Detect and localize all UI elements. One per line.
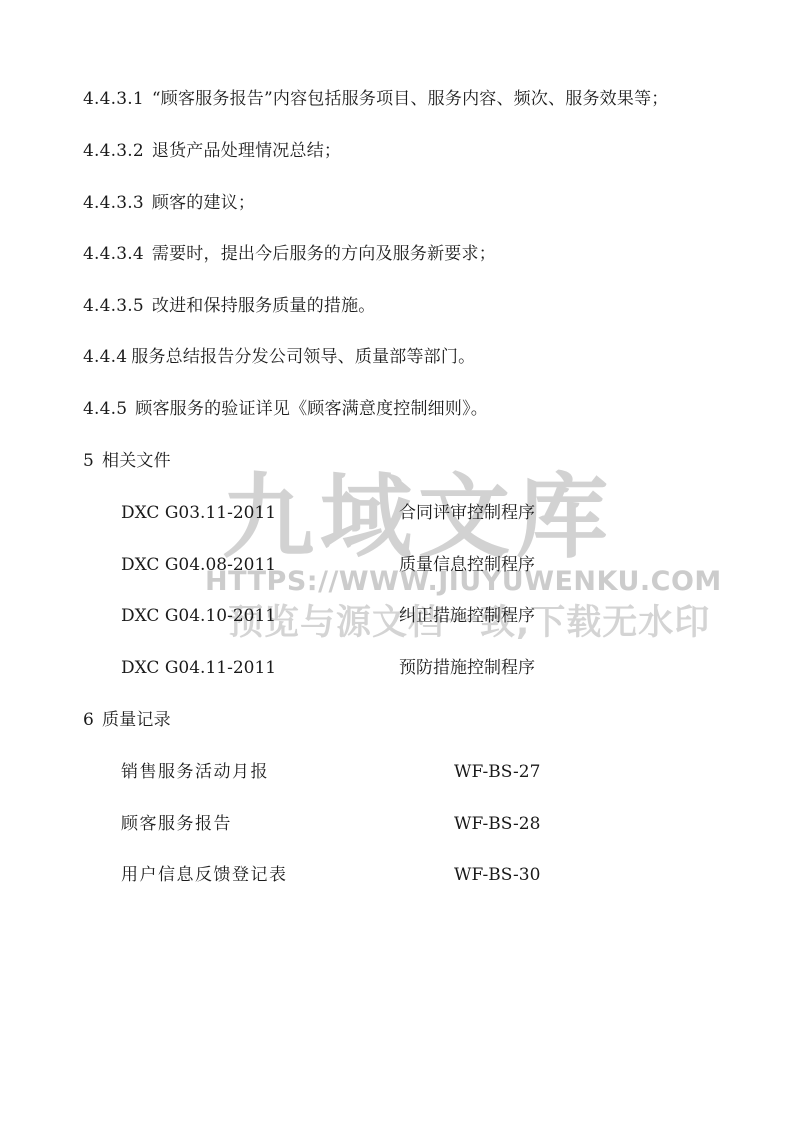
record-title: 顾客服务报告 xyxy=(121,813,232,835)
clause-text: “顾客服务报告”内容包括服务项目、服务内容、频次、服务效果等； xyxy=(152,89,669,109)
paragraph-4-4-3-2: 4.4.3.2退货产品处理情况总结； xyxy=(83,140,341,162)
clause-text: 服务总结报告分发公司领导、质量部等部门。 xyxy=(131,347,475,367)
clause-number: 4.4.3.3 xyxy=(83,193,144,213)
paragraph-4-4-3-5: 4.4.3.5改进和保持服务质量的措施。 xyxy=(83,295,376,317)
paragraph-4-4-5: 4.4.5顾客服务的验证详见《顾客满意度控制细则》。 xyxy=(83,398,488,420)
paragraph-4-4-3-1: 4.4.3.1“顾客服务报告”内容包括服务项目、服务内容、频次、服务效果等； xyxy=(83,88,668,110)
document-title: 质量信息控制程序 xyxy=(399,554,535,576)
section-number: 5 xyxy=(83,451,94,471)
paragraph-4-4-3-3: 4.4.3.3顾客的建议； xyxy=(83,192,255,214)
record-title: 销售服务活动月报 xyxy=(121,761,269,783)
clause-number: 4.4.3.2 xyxy=(83,141,144,161)
document-title: 合同评审控制程序 xyxy=(399,502,535,524)
clause-text: 需要时，提出今后服务的方向及服务新要求； xyxy=(152,244,496,264)
record-code: WF-BS-30 xyxy=(454,864,540,886)
document-title: 预防措施控制程序 xyxy=(399,657,535,679)
clause-text: 改进和保持服务质量的措施。 xyxy=(152,296,376,316)
section-number: 6 xyxy=(83,710,94,730)
record-title: 用户信息反馈登记表 xyxy=(121,864,288,886)
document-page: 九域文库 HTTPS://WWW.JIUYUWENKU.COM 预览与源文档一致… xyxy=(0,0,793,1122)
clause-number: 4.4.5 xyxy=(83,399,127,419)
section-title: 质量记录 xyxy=(102,710,171,730)
document-code: DXC G04.08-2011 xyxy=(121,554,276,576)
clause-text: 顾客的建议； xyxy=(152,193,255,213)
paragraph-4-4-4: 4.4.4服务总结报告分发公司领导、质量部等部门。 xyxy=(83,346,475,368)
document-code: DXC G03.11-2011 xyxy=(121,502,276,524)
clause-number: 4.4.3.4 xyxy=(83,244,144,264)
clause-number: 4.4.3.1 xyxy=(83,89,144,109)
clause-number: 4.4.3.5 xyxy=(83,296,144,316)
record-code: WF-BS-27 xyxy=(454,761,540,783)
document-code: DXC G04.10-2011 xyxy=(121,605,276,627)
section-6-heading: 6质量记录 xyxy=(83,709,171,731)
document-code: DXC G04.11-2011 xyxy=(121,657,276,679)
section-5-heading: 5相关文件 xyxy=(83,450,171,472)
clause-text: 退货产品处理情况总结； xyxy=(152,141,341,161)
record-code: WF-BS-28 xyxy=(454,813,540,835)
paragraph-4-4-3-4: 4.4.3.4需要时，提出今后服务的方向及服务新要求； xyxy=(83,243,496,265)
clause-text: 顾客服务的验证详见《顾客满意度控制细则》。 xyxy=(135,399,488,419)
clause-number: 4.4.4 xyxy=(83,347,127,367)
section-title: 相关文件 xyxy=(102,451,171,471)
document-title: 纠正措施控制程序 xyxy=(399,605,535,627)
